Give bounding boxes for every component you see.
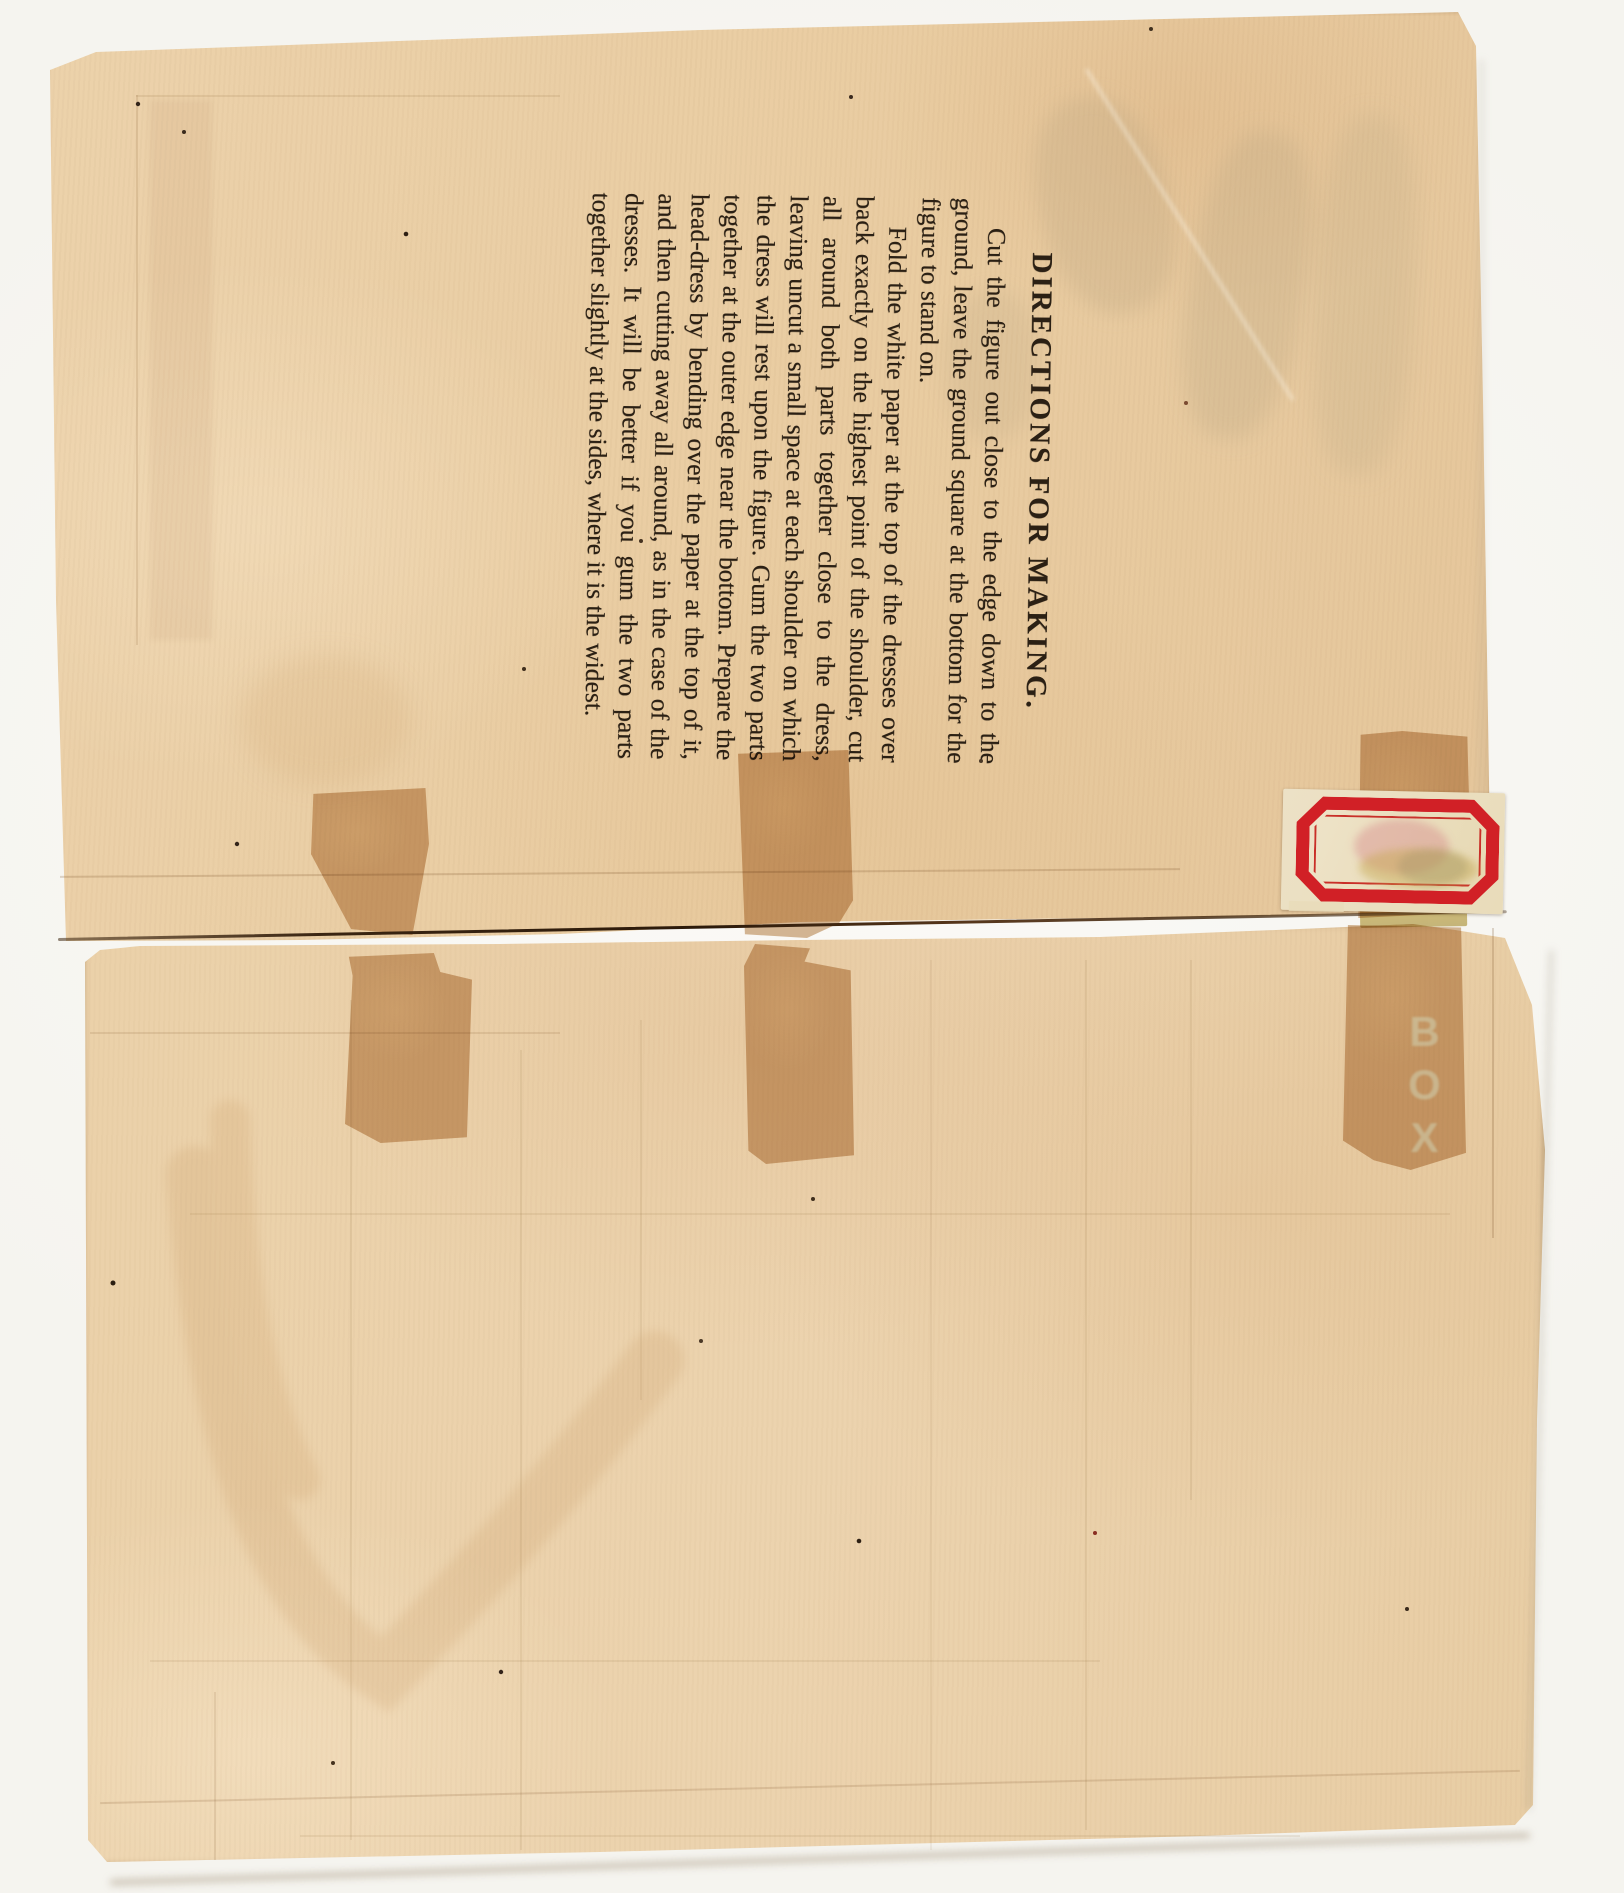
red-border-label-sticker xyxy=(1281,789,1505,915)
ghost-grid-line xyxy=(190,1213,1450,1215)
fold-line-bottom-sheet xyxy=(214,1692,216,1860)
top-right-edge-shadow xyxy=(1480,60,1483,900)
fold-line-bottom-sheet xyxy=(90,1032,560,1034)
directions-text-block: DIRECTIONS FOR MAKING. Cut the figure ou… xyxy=(501,191,1059,765)
tape-stain-center-upper xyxy=(738,750,853,938)
ink-specks-bottom-sheet xyxy=(0,0,2,2)
ghost-grid-line xyxy=(300,1835,1300,1837)
scanned-document: DIRECTIONS FOR MAKING. Cut the figure ou… xyxy=(0,0,1624,1893)
sticker-blank-field xyxy=(1308,809,1487,892)
fold-line-bottom-sheet xyxy=(1492,928,1494,1238)
fold-line-bottom-sheet xyxy=(930,960,932,1850)
ghost-grid-line xyxy=(150,1660,1100,1662)
sticker-worn-patch xyxy=(1289,901,1344,912)
directions-paragraph-1: Cut the figure out close to the edge dow… xyxy=(907,197,1014,764)
ghost-grid-line xyxy=(1085,960,1087,1830)
ghost-grid-line xyxy=(640,1020,642,1400)
directions-paragraph-2: Fold the white paper at the top of the d… xyxy=(577,192,915,763)
tape-stain-center-lower xyxy=(744,944,854,1164)
tape-stain-left-lower xyxy=(345,953,472,1143)
ghost-grid-line xyxy=(520,1050,522,1850)
ghost-stamp-text: BOX xyxy=(1388,1008,1448,1158)
ghost-grid-line xyxy=(1190,960,1192,1500)
sticker-red-frame xyxy=(1295,796,1500,905)
